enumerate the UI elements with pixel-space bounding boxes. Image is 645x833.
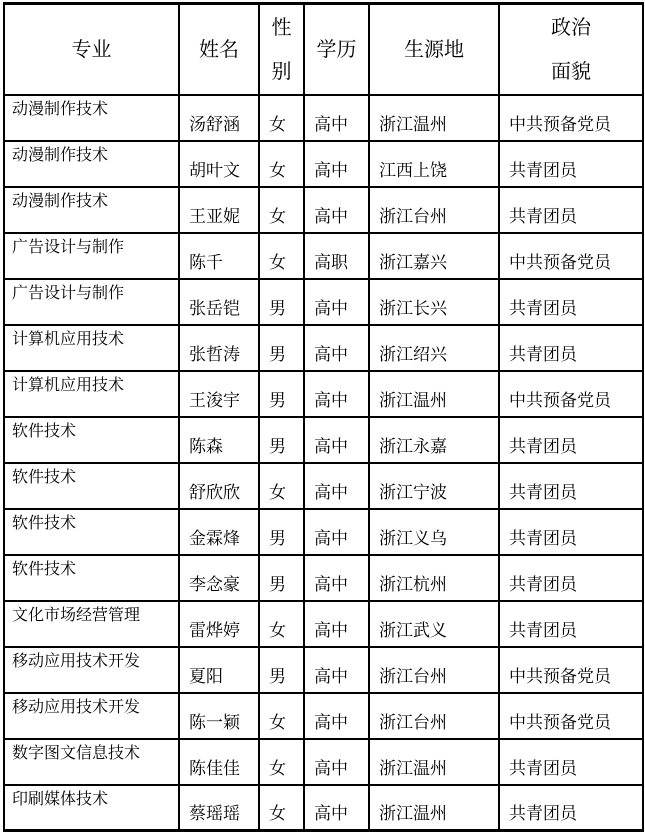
table-row: 计算机应用技术王浚宇男高中浙江温州中共预备党员 [4, 371, 643, 417]
cell-gender: 男 [259, 417, 304, 463]
header-origin: 生源地 [369, 4, 499, 95]
cell-politics: 共青团员 [499, 463, 643, 509]
header-gender: 性 别 [259, 4, 304, 95]
header-education: 学历 [304, 4, 369, 95]
table-row: 软件技术李念豪男高中浙江杭州共青团员 [4, 555, 643, 601]
cell-politics: 中共预备党员 [499, 95, 643, 141]
table-row: 计算机应用技术张哲涛男高中浙江绍兴共青团员 [4, 325, 643, 371]
cell-origin: 浙江武义 [369, 601, 499, 647]
header-row: 专业 姓名 性 别 学历 生源地 政治 面貌 [4, 4, 643, 95]
cell-gender: 男 [259, 647, 304, 693]
cell-politics: 共青团员 [499, 417, 643, 463]
cell-origin: 浙江温州 [369, 739, 499, 785]
cell-name: 舒欣欣 [179, 463, 259, 509]
cell-gender: 女 [259, 739, 304, 785]
cell-politics: 中共预备党员 [499, 647, 643, 693]
cell-gender: 女 [259, 693, 304, 739]
table-row: 移动应用技术开发夏阳男高中浙江台州中共预备党员 [4, 647, 643, 693]
cell-name: 陈佳佳 [179, 739, 259, 785]
cell-origin: 浙江嘉兴 [369, 233, 499, 279]
cell-education: 高中 [304, 693, 369, 739]
cell-major: 数字图文信息技术 [4, 739, 179, 785]
cell-gender: 男 [259, 279, 304, 325]
cell-name: 李念豪 [179, 555, 259, 601]
table-row: 软件技术金霖烽男高中浙江义乌共青团员 [4, 509, 643, 555]
header-politics-line2: 面貌 [551, 49, 591, 93]
student-roster-table: 专业 姓名 性 别 学历 生源地 政治 面貌 动漫制作技术汤舒涵女高中浙江温州中… [3, 2, 644, 832]
cell-education: 高中 [304, 325, 369, 371]
cell-politics: 共青团员 [499, 555, 643, 601]
cell-major: 计算机应用技术 [4, 325, 179, 371]
cell-gender: 女 [259, 187, 304, 233]
table-row: 广告设计与制作张岳铠男高中浙江长兴共青团员 [4, 279, 643, 325]
cell-name: 蔡瑶瑶 [179, 785, 259, 831]
cell-name: 陈一颖 [179, 693, 259, 739]
cell-name: 张哲涛 [179, 325, 259, 371]
cell-gender: 女 [259, 141, 304, 187]
cell-origin: 浙江温州 [369, 371, 499, 417]
cell-gender: 女 [259, 601, 304, 647]
cell-origin: 江西上饶 [369, 141, 499, 187]
cell-major: 动漫制作技术 [4, 187, 179, 233]
cell-name: 夏阳 [179, 647, 259, 693]
cell-major: 印刷媒体技术 [4, 785, 179, 831]
cell-name: 雷烨婷 [179, 601, 259, 647]
cell-education: 高中 [304, 371, 369, 417]
cell-education: 高中 [304, 95, 369, 141]
cell-education: 高中 [304, 555, 369, 601]
cell-major: 广告设计与制作 [4, 233, 179, 279]
cell-politics: 中共预备党员 [499, 233, 643, 279]
cell-major: 软件技术 [4, 463, 179, 509]
cell-name: 王亚妮 [179, 187, 259, 233]
cell-major: 软件技术 [4, 509, 179, 555]
cell-education: 高中 [304, 187, 369, 233]
table-row: 动漫制作技术胡叶文女高中江西上饶共青团员 [4, 141, 643, 187]
cell-name: 金霖烽 [179, 509, 259, 555]
cell-education: 高中 [304, 463, 369, 509]
cell-gender: 女 [259, 95, 304, 141]
cell-education: 高中 [304, 417, 369, 463]
cell-origin: 浙江永嘉 [369, 417, 499, 463]
cell-education: 高中 [304, 601, 369, 647]
header-politics-line1: 政治 [551, 5, 591, 49]
cell-name: 陈森 [179, 417, 259, 463]
cell-origin: 浙江杭州 [369, 555, 499, 601]
cell-education: 高中 [304, 647, 369, 693]
cell-name: 陈千 [179, 233, 259, 279]
cell-gender: 女 [259, 463, 304, 509]
cell-origin: 浙江义乌 [369, 509, 499, 555]
cell-major: 软件技术 [4, 417, 179, 463]
cell-politics: 共青团员 [499, 739, 643, 785]
cell-politics: 共青团员 [499, 187, 643, 233]
cell-gender: 女 [259, 233, 304, 279]
cell-major: 计算机应用技术 [4, 371, 179, 417]
table-row: 移动应用技术开发陈一颖女高中浙江台州中共预备党员 [4, 693, 643, 739]
cell-major: 移动应用技术开发 [4, 647, 179, 693]
cell-major: 移动应用技术开发 [4, 693, 179, 739]
table-row: 动漫制作技术王亚妮女高中浙江台州共青团员 [4, 187, 643, 233]
header-gender-line1: 性 [272, 5, 292, 49]
table-body: 动漫制作技术汤舒涵女高中浙江温州中共预备党员动漫制作技术胡叶文女高中江西上饶共青… [4, 95, 643, 831]
cell-education: 高中 [304, 739, 369, 785]
cell-politics: 中共预备党员 [499, 371, 643, 417]
cell-gender: 女 [259, 785, 304, 831]
cell-politics: 共青团员 [499, 601, 643, 647]
cell-origin: 浙江台州 [369, 647, 499, 693]
cell-origin: 浙江台州 [369, 693, 499, 739]
cell-name: 王浚宇 [179, 371, 259, 417]
table-header: 专业 姓名 性 别 学历 生源地 政治 面貌 [4, 4, 643, 95]
table-row: 数字图文信息技术陈佳佳女高中浙江温州共青团员 [4, 739, 643, 785]
cell-politics: 共青团员 [499, 509, 643, 555]
cell-origin: 浙江长兴 [369, 279, 499, 325]
cell-major: 文化市场经营管理 [4, 601, 179, 647]
cell-origin: 浙江宁波 [369, 463, 499, 509]
cell-name: 张岳铠 [179, 279, 259, 325]
cell-education: 高中 [304, 785, 369, 831]
cell-education: 高中 [304, 141, 369, 187]
table-row: 软件技术舒欣欣女高中浙江宁波共青团员 [4, 463, 643, 509]
cell-education: 高中 [304, 509, 369, 555]
cell-politics: 中共预备党员 [499, 693, 643, 739]
cell-politics: 共青团员 [499, 141, 643, 187]
table-row: 印刷媒体技术蔡瑶瑶女高中浙江温州共青团员 [4, 785, 643, 831]
cell-education: 高职 [304, 233, 369, 279]
cell-politics: 共青团员 [499, 325, 643, 371]
header-gender-line2: 别 [272, 49, 292, 93]
table-row: 软件技术陈森男高中浙江永嘉共青团员 [4, 417, 643, 463]
cell-gender: 男 [259, 325, 304, 371]
cell-origin: 浙江绍兴 [369, 325, 499, 371]
cell-major: 广告设计与制作 [4, 279, 179, 325]
header-politics: 政治 面貌 [499, 4, 643, 95]
cell-major: 动漫制作技术 [4, 141, 179, 187]
cell-gender: 男 [259, 371, 304, 417]
cell-major: 动漫制作技术 [4, 95, 179, 141]
table-row: 文化市场经营管理雷烨婷女高中浙江武义共青团员 [4, 601, 643, 647]
table-row: 广告设计与制作陈千女高职浙江嘉兴中共预备党员 [4, 233, 643, 279]
cell-politics: 共青团员 [499, 279, 643, 325]
cell-politics: 共青团员 [499, 785, 643, 831]
cell-gender: 男 [259, 509, 304, 555]
cell-origin: 浙江台州 [369, 187, 499, 233]
cell-gender: 男 [259, 555, 304, 601]
cell-name: 胡叶文 [179, 141, 259, 187]
header-name: 姓名 [179, 4, 259, 95]
cell-major: 软件技术 [4, 555, 179, 601]
cell-origin: 浙江温州 [369, 95, 499, 141]
table-row: 动漫制作技术汤舒涵女高中浙江温州中共预备党员 [4, 95, 643, 141]
header-major: 专业 [4, 4, 179, 95]
cell-origin: 浙江温州 [369, 785, 499, 831]
cell-name: 汤舒涵 [179, 95, 259, 141]
cell-education: 高中 [304, 279, 369, 325]
